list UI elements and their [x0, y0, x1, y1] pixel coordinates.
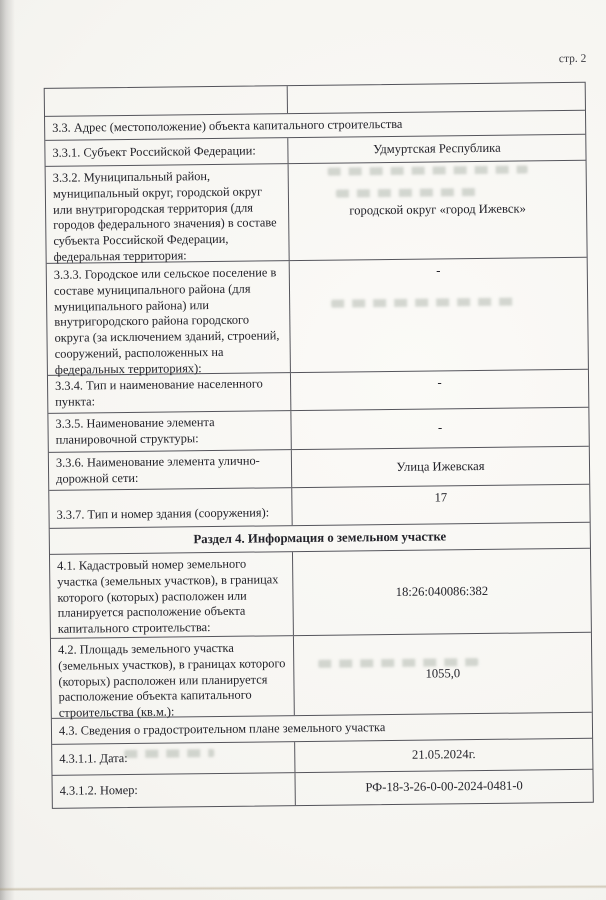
row-label-cell: 4.3.1.2. Номер:: [52, 773, 295, 808]
page-number: стр. 2: [559, 53, 587, 65]
row-label-cell: 3.3.2. Муниципальный район, муниципальны…: [46, 164, 290, 263]
table-row: 3.3.7. Тип и номер здания (сооружения):1…: [49, 485, 589, 529]
row-label-cell: 3.3.7. Тип и номер здания (сооружения):: [49, 488, 292, 528]
row-label-cell: 4.3.1.1. Дата:: [52, 742, 295, 775]
paper-left-edge-shadow: [0, 0, 15, 900]
row-label-cell: 3.3.6. Наименование элемента улично-доро…: [49, 450, 292, 490]
row-label-cell: 3.3.1. Субъект Российской Федерации:: [45, 138, 288, 166]
row-value-cell: -: [291, 408, 588, 449]
table-row: 3.3.4. Тип и наименование населенного пу…: [48, 370, 588, 414]
row-label-cell: 3.3.5. Наименование элемента планировочн…: [48, 411, 291, 452]
row-label-cell: 4.1. Кадастровый номер земельного участк…: [50, 552, 294, 638]
row-value-cell: Улица Ижевская: [292, 447, 589, 487]
table-row: 4.1. Кадастровый номер земельного участк…: [50, 549, 591, 639]
table-row: 3.3.3. Городское или сельское поселение …: [47, 258, 588, 376]
row-value-cell: [288, 83, 585, 113]
table-row: 3.3.6. Наименование элемента улично-доро…: [49, 447, 589, 491]
row-value-cell: Удмуртская Республика: [288, 135, 585, 163]
row-value-cell: -: [291, 370, 588, 410]
row-value-cell: 18:26:040086:382: [293, 549, 591, 635]
row-value-cell: 21.05.2024г.: [295, 739, 592, 772]
row-value-cell: 17: [292, 485, 589, 525]
row-label-cell: 3.3.3. Городское или сельское поселение …: [47, 261, 291, 375]
scanned-paper-background: стр. 2 3.3. Адрес (местоположение) объек…: [0, 0, 606, 900]
table-row: 4.2. Площадь земельного участка (земельн…: [51, 633, 592, 719]
row-value-cell: городской округ «город Ижевск»: [289, 161, 587, 260]
document-table: 3.3. Адрес (местоположение) объекта капи…: [44, 82, 594, 809]
table-row: 3.3.2. Муниципальный район, муниципальны…: [46, 161, 587, 264]
row-value-cell: 1055,0: [294, 633, 592, 715]
scan-tilt-wrapper: стр. 2 3.3. Адрес (местоположение) объек…: [0, 0, 606, 900]
row-label-cell: 4.2. Площадь земельного участка (земельн…: [51, 636, 295, 718]
table-row: 3.3.5. Наименование элемента планировочн…: [48, 408, 588, 453]
row-value-cell: -: [290, 258, 588, 372]
row-label-cell: [45, 86, 288, 116]
table-row: 4.3.1.2. Номер:РФ-18-3-26-0-00-2024-0481…: [52, 770, 592, 808]
row-label-cell: 3.3.4. Тип и наименование населенного пу…: [48, 373, 291, 413]
row-value-cell: РФ-18-3-26-0-00-2024-0481-0: [295, 770, 592, 805]
